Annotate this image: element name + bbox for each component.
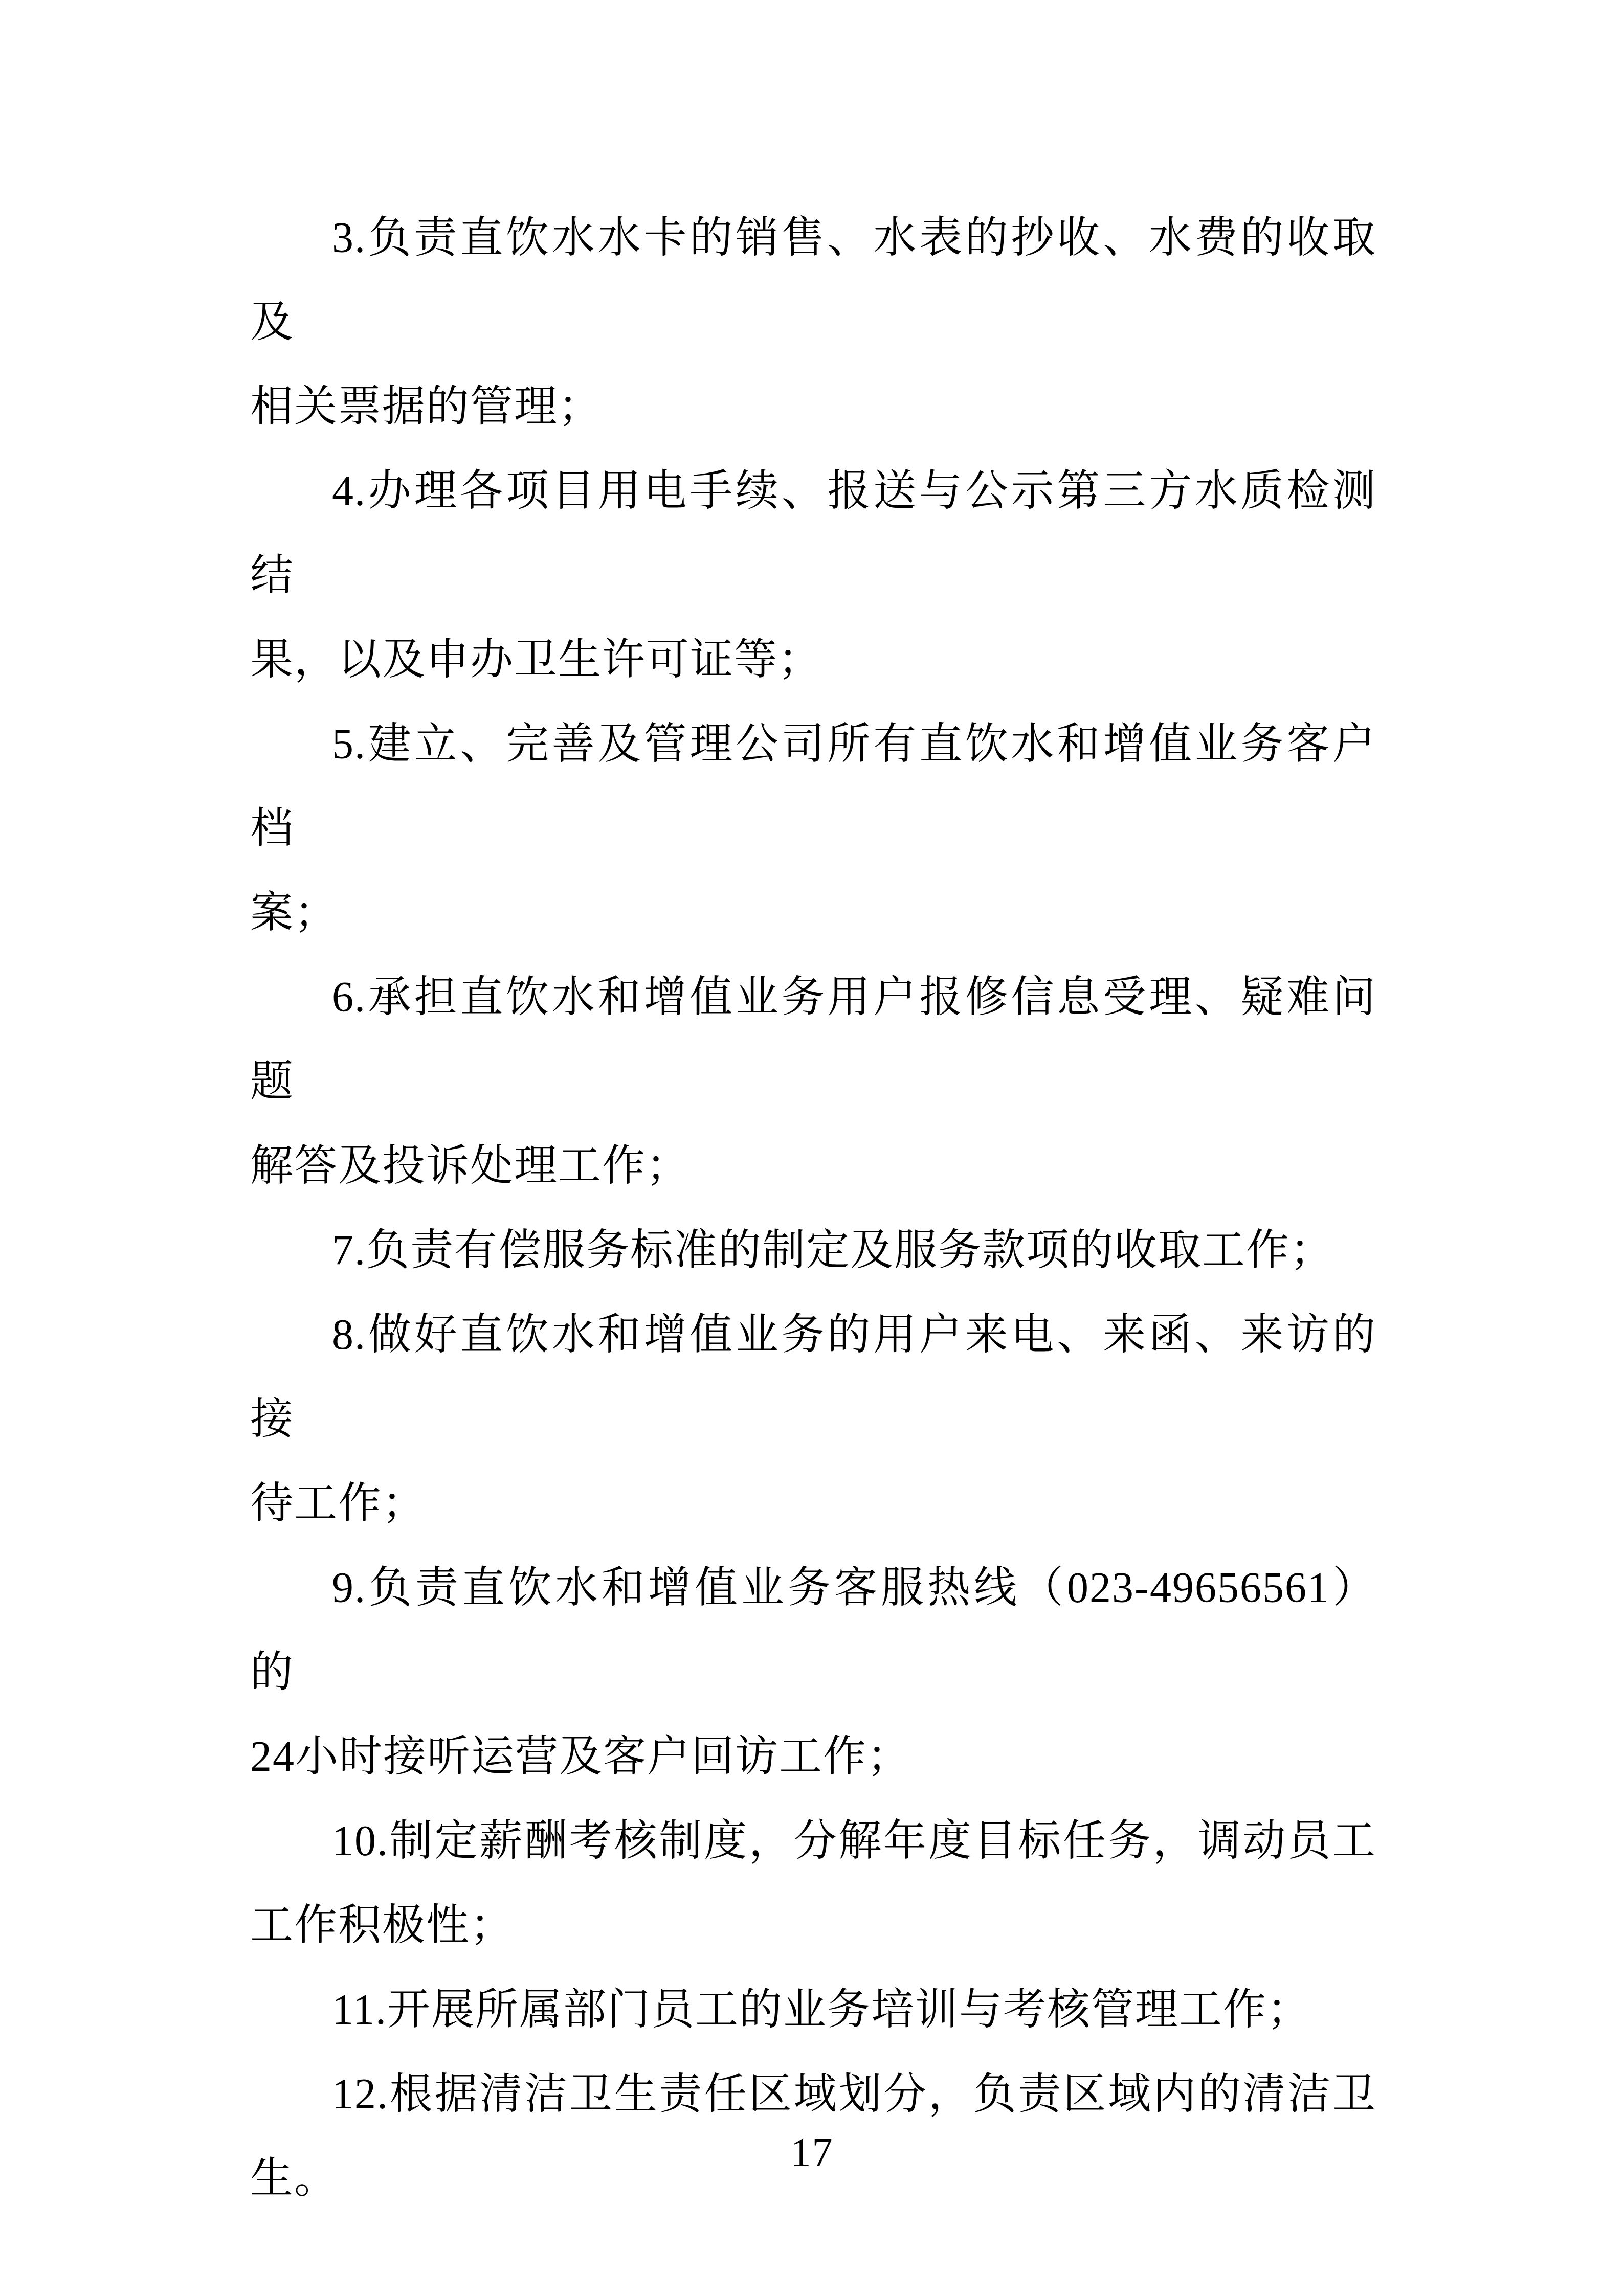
- text-line: 相关票据的管理；: [250, 365, 1376, 449]
- text-line: 待工作；: [250, 1461, 1376, 1546]
- list-item-9: 9.负责直饮水和增值业务客服热线（023-49656561）的 24小时接听运营…: [250, 1546, 1376, 1799]
- list-item-3: 3.负责直饮水水卡的销售、水表的抄收、水费的收取及 相关票据的管理；: [250, 196, 1376, 449]
- text-line: 3.负责直饮水水卡的销售、水表的抄收、水费的收取及: [250, 196, 1376, 365]
- text-line: 8.做好直饮水和增值业务的用户来电、来函、来访的接: [250, 1293, 1376, 1461]
- text-line: 7.负责有偿服务标准的制定及服务款项的收取工作；: [250, 1208, 1376, 1293]
- document-body: 3.负责直饮水水卡的销售、水表的抄收、水费的收取及 相关票据的管理； 4.办理各…: [250, 196, 1376, 2221]
- list-item-11: 11.开展所属部门员工的业务培训与考核管理工作；: [250, 1968, 1376, 2052]
- text-line: 工作积极性；: [250, 1883, 1376, 1968]
- list-item-4: 4.办理各项目用电手续、报送与公示第三方水质检测结 果，以及申办卫生许可证等；: [250, 449, 1376, 702]
- text-line: 9.负责直饮水和增值业务客服热线（023-49656561）的: [250, 1546, 1376, 1715]
- text-line: 11.开展所属部门员工的业务培训与考核管理工作；: [250, 1968, 1376, 2052]
- text-line: 6.承担直饮水和增值业务用户报修信息受理、疑难问题: [250, 955, 1376, 1124]
- text-line: 解答及投诉处理工作；: [250, 1124, 1376, 1208]
- list-item-6: 6.承担直饮水和增值业务用户报修信息受理、疑难问题 解答及投诉处理工作；: [250, 955, 1376, 1208]
- list-item-7: 7.负责有偿服务标准的制定及服务款项的收取工作；: [250, 1208, 1376, 1293]
- text-line: 4.办理各项目用电手续、报送与公示第三方水质检测结: [250, 449, 1376, 618]
- text-line: 果，以及申办卫生许可证等；: [250, 618, 1376, 702]
- list-item-10: 10.制定薪酬考核制度，分解年度目标任务，调动员工 工作积极性；: [250, 1799, 1376, 1968]
- document-page: 3.负责直饮水水卡的销售、水表的抄收、水费的收取及 相关票据的管理； 4.办理各…: [0, 0, 1624, 2296]
- text-line: 5.建立、完善及管理公司所有直饮水和增值业务客户档: [250, 702, 1376, 871]
- list-item-5: 5.建立、完善及管理公司所有直饮水和增值业务客户档 案；: [250, 702, 1376, 955]
- text-line: 10.制定薪酬考核制度，分解年度目标任务，调动员工: [250, 1799, 1376, 1883]
- text-line: 案；: [250, 871, 1376, 955]
- list-item-8: 8.做好直饮水和增值业务的用户来电、来函、来访的接 待工作；: [250, 1293, 1376, 1546]
- text-line: 24小时接听运营及客户回访工作；: [250, 1715, 1376, 1799]
- page-number: 17: [0, 2117, 1624, 2189]
